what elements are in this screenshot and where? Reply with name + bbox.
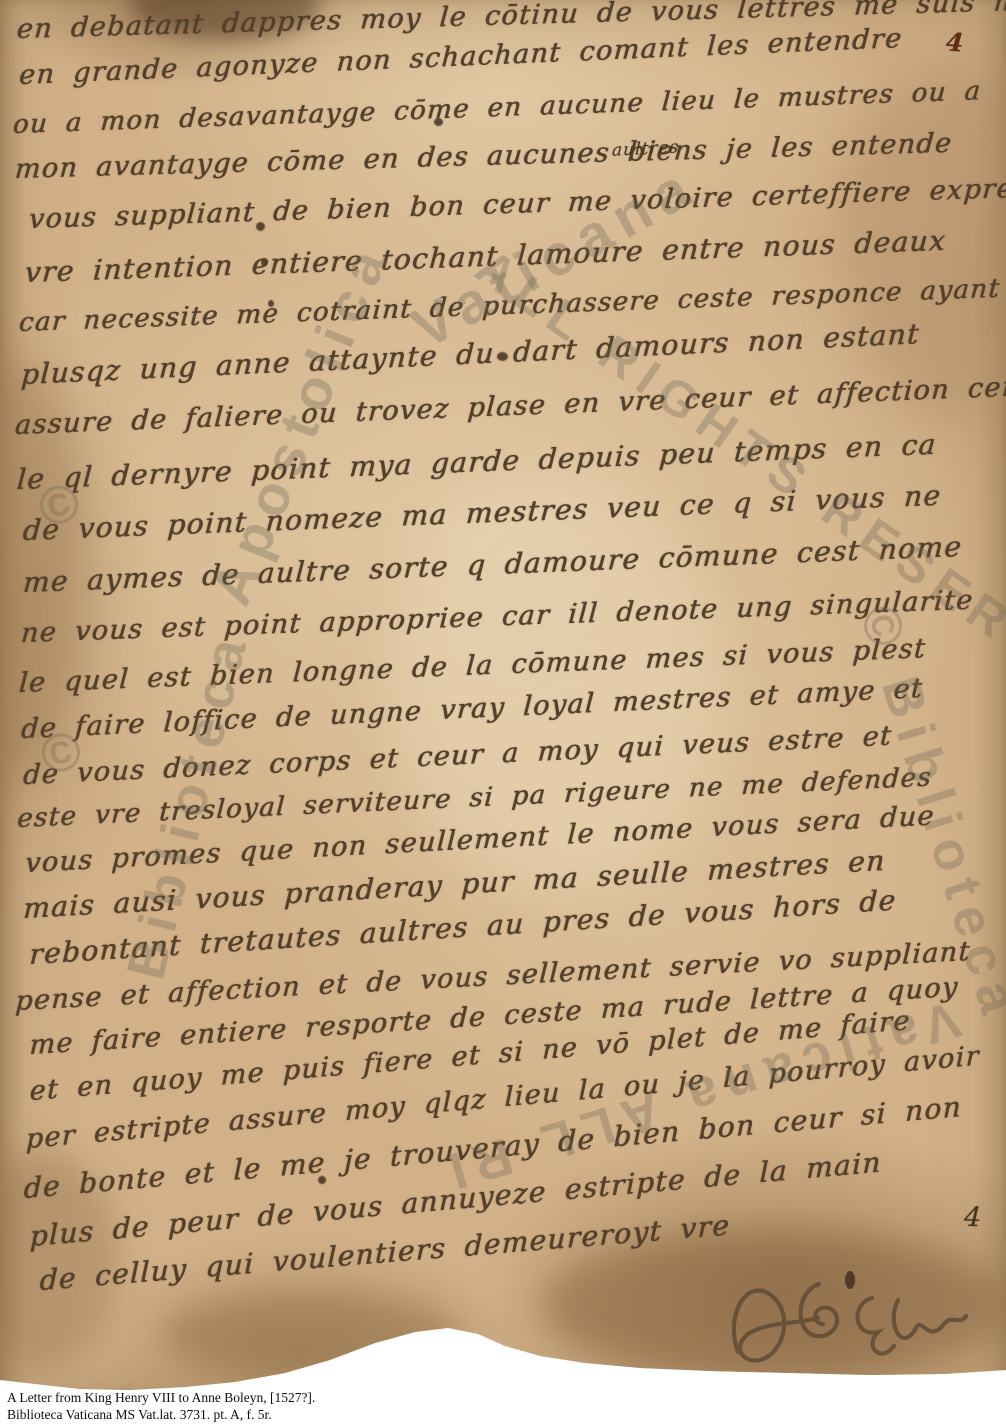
manuscript-line: vous suppliant de bien bon ceur me voloi… <box>28 172 1006 236</box>
manuscript-line: mon avantayge cōme en des aucunes biens … <box>14 128 954 185</box>
caption-line-2: Biblioteca Vaticana MS Vat.lat. 3731. pt… <box>7 1407 997 1424</box>
caption: A Letter from King Henry VIII to Anne Bo… <box>7 1390 997 1423</box>
parchment-sheet: en debatant dappres moy le cōtinu de vou… <box>0 0 1006 1392</box>
interline-insertion: aultres <box>612 137 680 161</box>
folio-number-bottom: 4 <box>963 1202 981 1234</box>
caption-line-1: A Letter from King Henry VIII to Anne Bo… <box>7 1390 997 1407</box>
signature-monogram-flourish <box>722 1266 982 1381</box>
folio-number-top: 4 <box>945 27 964 57</box>
scanned-manuscript-page: en debatant dappres moy le cōtinu de vou… <box>0 0 1006 1424</box>
manuscript-text-block: en debatant dappres moy le cōtinu de vou… <box>0 0 1006 1392</box>
manuscript-line: vre intention entiere tochant lamoure en… <box>24 224 948 289</box>
